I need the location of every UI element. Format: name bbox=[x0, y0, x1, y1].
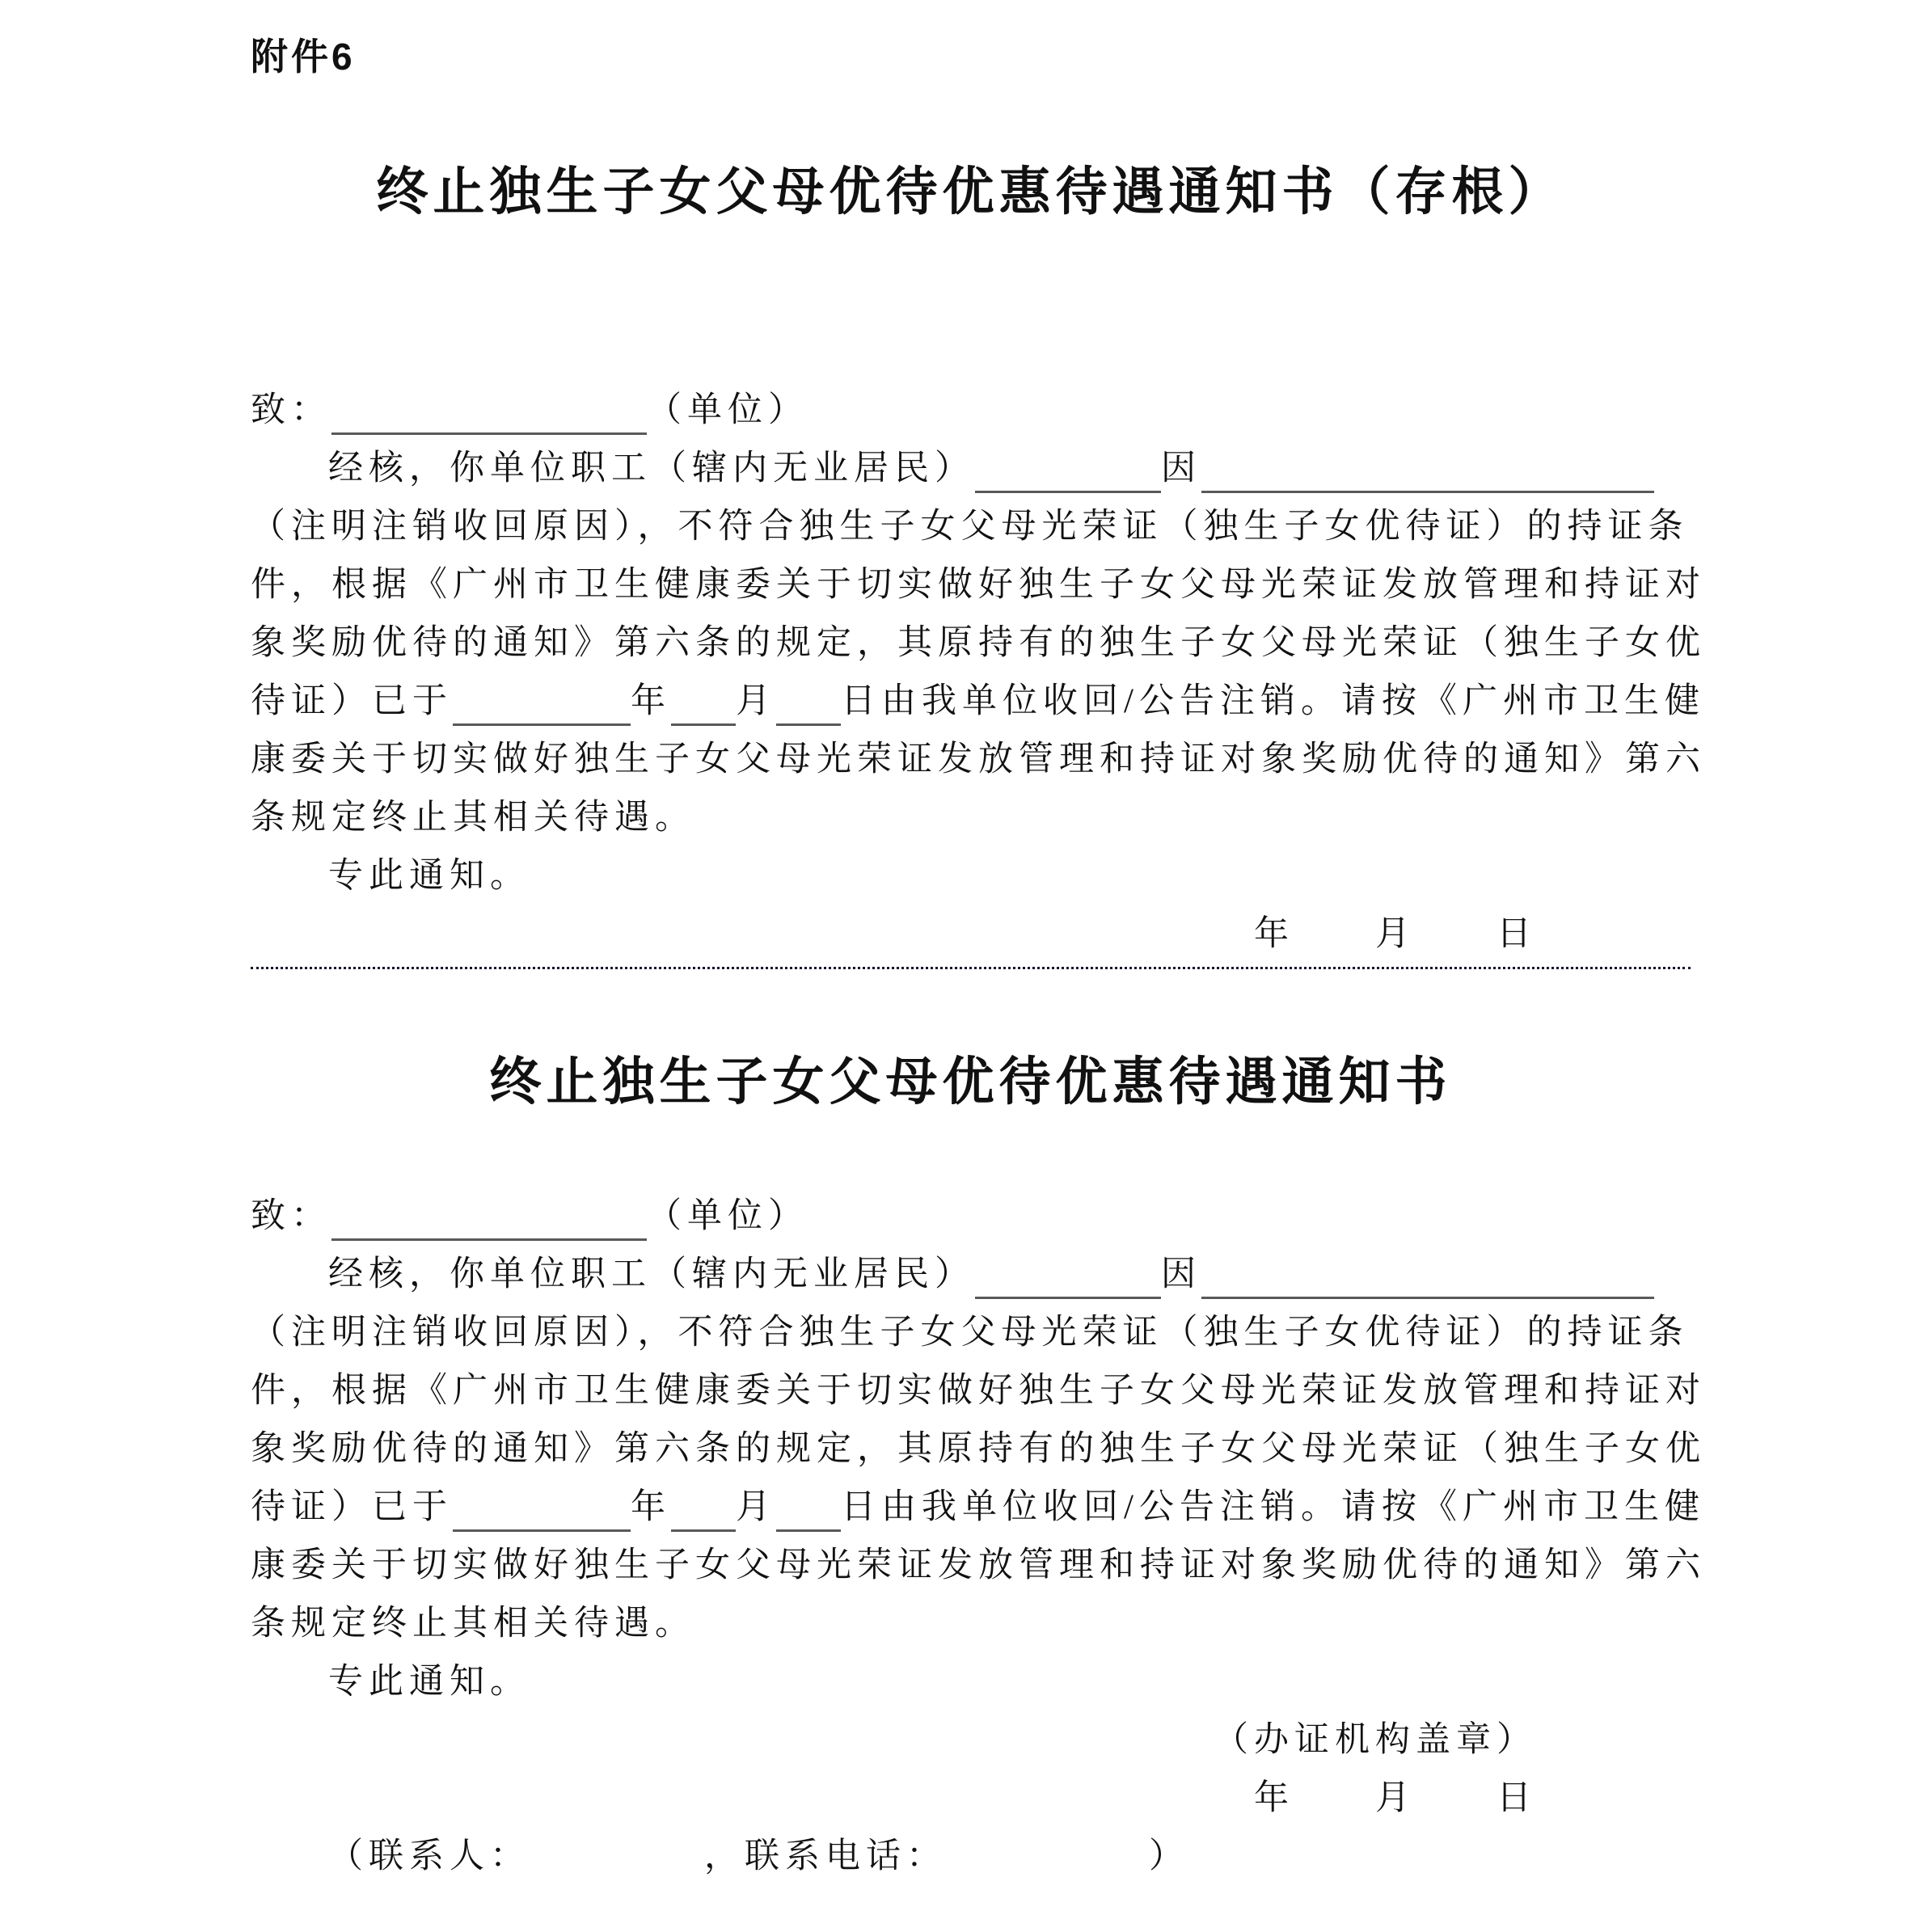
stub-title: 终止独生子女父母优待优惠待遇通知书（存根） bbox=[251, 163, 1691, 221]
unit-blank-field bbox=[331, 1196, 647, 1241]
cause-blank-field bbox=[1201, 1255, 1654, 1299]
name-blank-field bbox=[975, 449, 1161, 493]
attachment-label: 附件6 bbox=[251, 34, 1691, 79]
line6-month: 月 bbox=[736, 1488, 776, 1526]
unit-suffix: （单位） bbox=[647, 1197, 808, 1235]
stub-line3: （注明注销收回原因），不符合独生子女父母光荣证（独生子女优待证）的持证条 bbox=[251, 498, 1691, 556]
stub-line7: 康委关于切实做好独生子女父母光荣证发放管理和持证对象奖励优待的通知》第六 bbox=[251, 731, 1691, 789]
stub-to-line: 致：（单位） bbox=[251, 382, 1691, 440]
contact-phone-label: ，联系电话： bbox=[704, 1837, 947, 1875]
month-blank-field bbox=[671, 681, 736, 726]
cause-blank-field bbox=[1201, 449, 1654, 493]
year-blank-field bbox=[453, 681, 631, 726]
dotted-separator bbox=[251, 967, 1691, 969]
stub-line4: 件，根据《广州市卫生健康委关于切实做好独生子女父母光荣证发放管理和持证对 bbox=[251, 556, 1691, 614]
notice-line3: （注明注销收回原因），不符合独生子女父母光荣证（独生子女优待证）的持证条 bbox=[251, 1304, 1691, 1362]
line6-prefix: 待证）已于 bbox=[251, 1488, 453, 1526]
contact-close: ） bbox=[1149, 1837, 1189, 1875]
line6-suffix: 日由我单位收回/公告注销。请按《广州市卫生健 bbox=[841, 1488, 1705, 1526]
notice-body: 致：（单位） 经核，你单位职工（辖内无业居民）因 （注明注销收回原因），不符合独… bbox=[251, 1187, 1691, 1886]
notice-line7: 康委关于切实做好独生子女父母光荣证发放管理和持证对象奖励优待的通知》第六 bbox=[251, 1537, 1691, 1595]
contact-label: （联系人： bbox=[328, 1837, 530, 1875]
stub-line2: 经核，你单位职工（辖内无业居民）因 bbox=[251, 440, 1691, 498]
stub-line8: 条规定终止其相关待遇。 bbox=[251, 789, 1691, 847]
notice-line2: 经核，你单位职工（辖内无业居民）因 bbox=[251, 1246, 1691, 1304]
notice-line6: 待证）已于年月日由我单位收回/公告注销。请按《广州市卫生健 bbox=[251, 1479, 1691, 1537]
notice-section: 终止独生子女父母优待优惠待遇通知书 致：（单位） 经核，你单位职工（辖内无业居民… bbox=[251, 1053, 1691, 1886]
stub-line6: 待证）已于年月日由我单位收回/公告注销。请按《广州市卫生健 bbox=[251, 673, 1691, 731]
stub-section: 终止独生子女父母优待优惠待遇通知书（存根） 致：（单位） 经核，你单位职工（辖内… bbox=[251, 163, 1691, 964]
line2-cause: 因 bbox=[1161, 1255, 1201, 1293]
stub-closing: 专此通知。 bbox=[251, 847, 1691, 905]
notice-stamp-line: （办证机构盖章） bbox=[251, 1711, 1691, 1770]
line6-year: 年 bbox=[631, 682, 671, 720]
contact-phone-space bbox=[947, 1859, 1149, 1867]
notice-line8: 条规定终止其相关待遇。 bbox=[251, 1595, 1691, 1653]
stub-body: 致：（单位） 经核，你单位职工（辖内无业居民）因 （注明注销收回原因），不符合独… bbox=[251, 382, 1691, 964]
notice-title: 终止独生子女父母优待优惠待遇通知书 bbox=[251, 1053, 1691, 1112]
notice-contact-line: （联系人：，联系电话：） bbox=[251, 1828, 1691, 1886]
document-content: 附件6 终止独生子女父母优待优惠待遇通知书（存根） 致：（单位） 经核，你单位职… bbox=[251, 0, 1691, 1886]
day-blank-field bbox=[776, 1487, 841, 1532]
line6-suffix: 日由我单位收回/公告注销。请按《广州市卫生健 bbox=[841, 682, 1705, 720]
contact-name-space bbox=[530, 1859, 704, 1867]
notice-line5: 象奖励优待的通知》第六条的规定，其原持有的独生子女父母光荣证（独生子女优 bbox=[251, 1420, 1691, 1479]
line2-text: 经核，你单位职工（辖内无业居民） bbox=[328, 449, 975, 487]
to-label: 致： bbox=[251, 391, 331, 429]
notice-line4: 件，根据《广州市卫生健康委关于切实做好独生子女父母光荣证发放管理和持证对 bbox=[251, 1362, 1691, 1420]
line2-cause: 因 bbox=[1161, 449, 1201, 487]
unit-suffix: （单位） bbox=[647, 391, 808, 429]
line6-year: 年 bbox=[631, 1488, 671, 1526]
unit-blank-field bbox=[331, 390, 647, 435]
year-blank-field bbox=[453, 1487, 631, 1532]
document-page: 附件6 终止独生子女父母优待优惠待遇通知书（存根） 致：（单位） 经核，你单位职… bbox=[0, 0, 1925, 1932]
line6-prefix: 待证）已于 bbox=[251, 682, 453, 720]
month-blank-field bbox=[671, 1487, 736, 1532]
notice-closing: 专此通知。 bbox=[251, 1653, 1691, 1711]
day-blank-field bbox=[776, 681, 841, 726]
stub-line5: 象奖励优待的通知》第六条的规定，其原持有的独生子女父母光荣证（独生子女优 bbox=[251, 614, 1691, 673]
to-label: 致： bbox=[251, 1197, 331, 1235]
stub-date-line: 年 月 日 bbox=[251, 905, 1691, 964]
line6-month: 月 bbox=[736, 682, 776, 720]
name-blank-field bbox=[975, 1255, 1161, 1299]
notice-to-line: 致：（单位） bbox=[251, 1187, 1691, 1246]
notice-date-line: 年 月 日 bbox=[251, 1770, 1691, 1828]
line2-text: 经核，你单位职工（辖内无业居民） bbox=[328, 1255, 975, 1293]
